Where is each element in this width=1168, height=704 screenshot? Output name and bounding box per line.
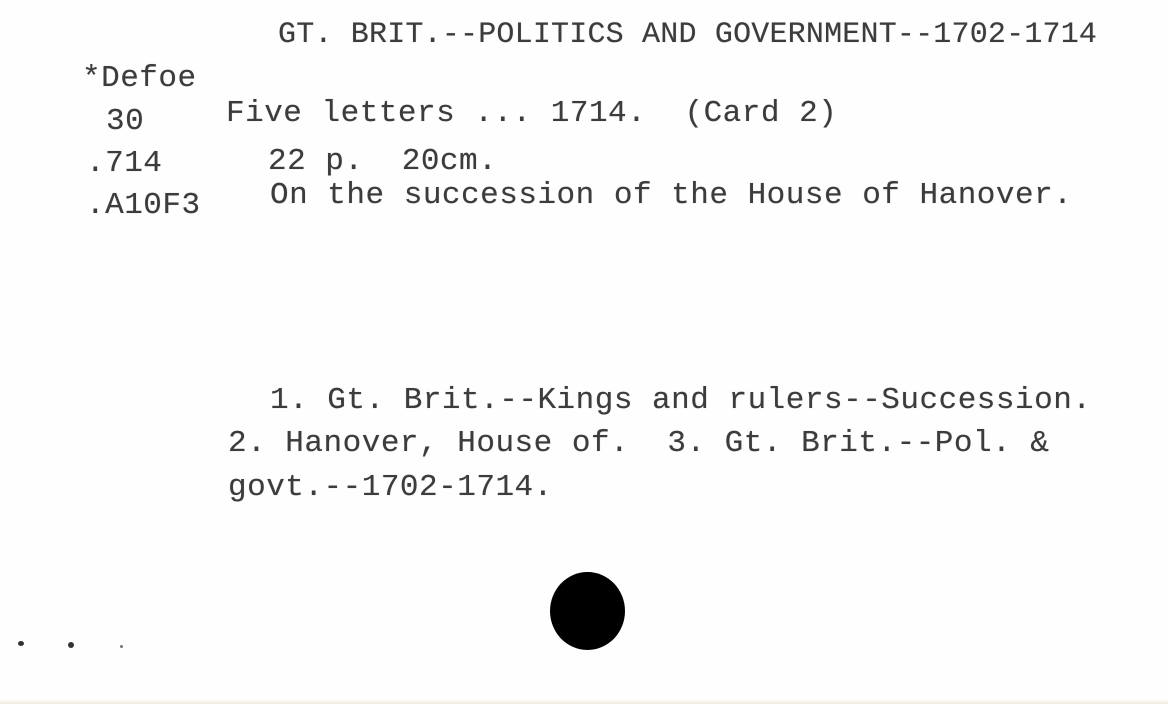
title-line: Five letters ... 1714. (Card 2) [226,98,837,129]
card-edge [0,700,1168,704]
call-number-line-3: .714 [86,148,162,179]
call-number-line-1: *Defoe [82,63,197,94]
tracing-line-3: govt.--1702-1714. [228,472,553,503]
card-punch-hole [550,572,625,650]
tracing-line-2: 2. Hanover, House of. 3. Gt. Brit.--Pol.… [228,428,1049,459]
subject-heading: GT. BRIT.--POLITICS AND GOVERNMENT--1702… [278,20,1097,50]
ink-speck [120,645,123,648]
call-number-line-2: 30 [106,106,144,137]
note: On the succession of the House of Hanove… [270,180,1072,211]
collation: 22 p. 20cm. [268,146,497,177]
tracing-line-1: 1. Gt. Brit.--Kings and rulers--Successi… [270,385,1091,416]
ink-speck [18,641,24,646]
ink-speck [68,642,74,648]
catalog-card: GT. BRIT.--POLITICS AND GOVERNMENT--1702… [0,0,1168,704]
call-number-line-4: .A10F3 [86,190,201,221]
